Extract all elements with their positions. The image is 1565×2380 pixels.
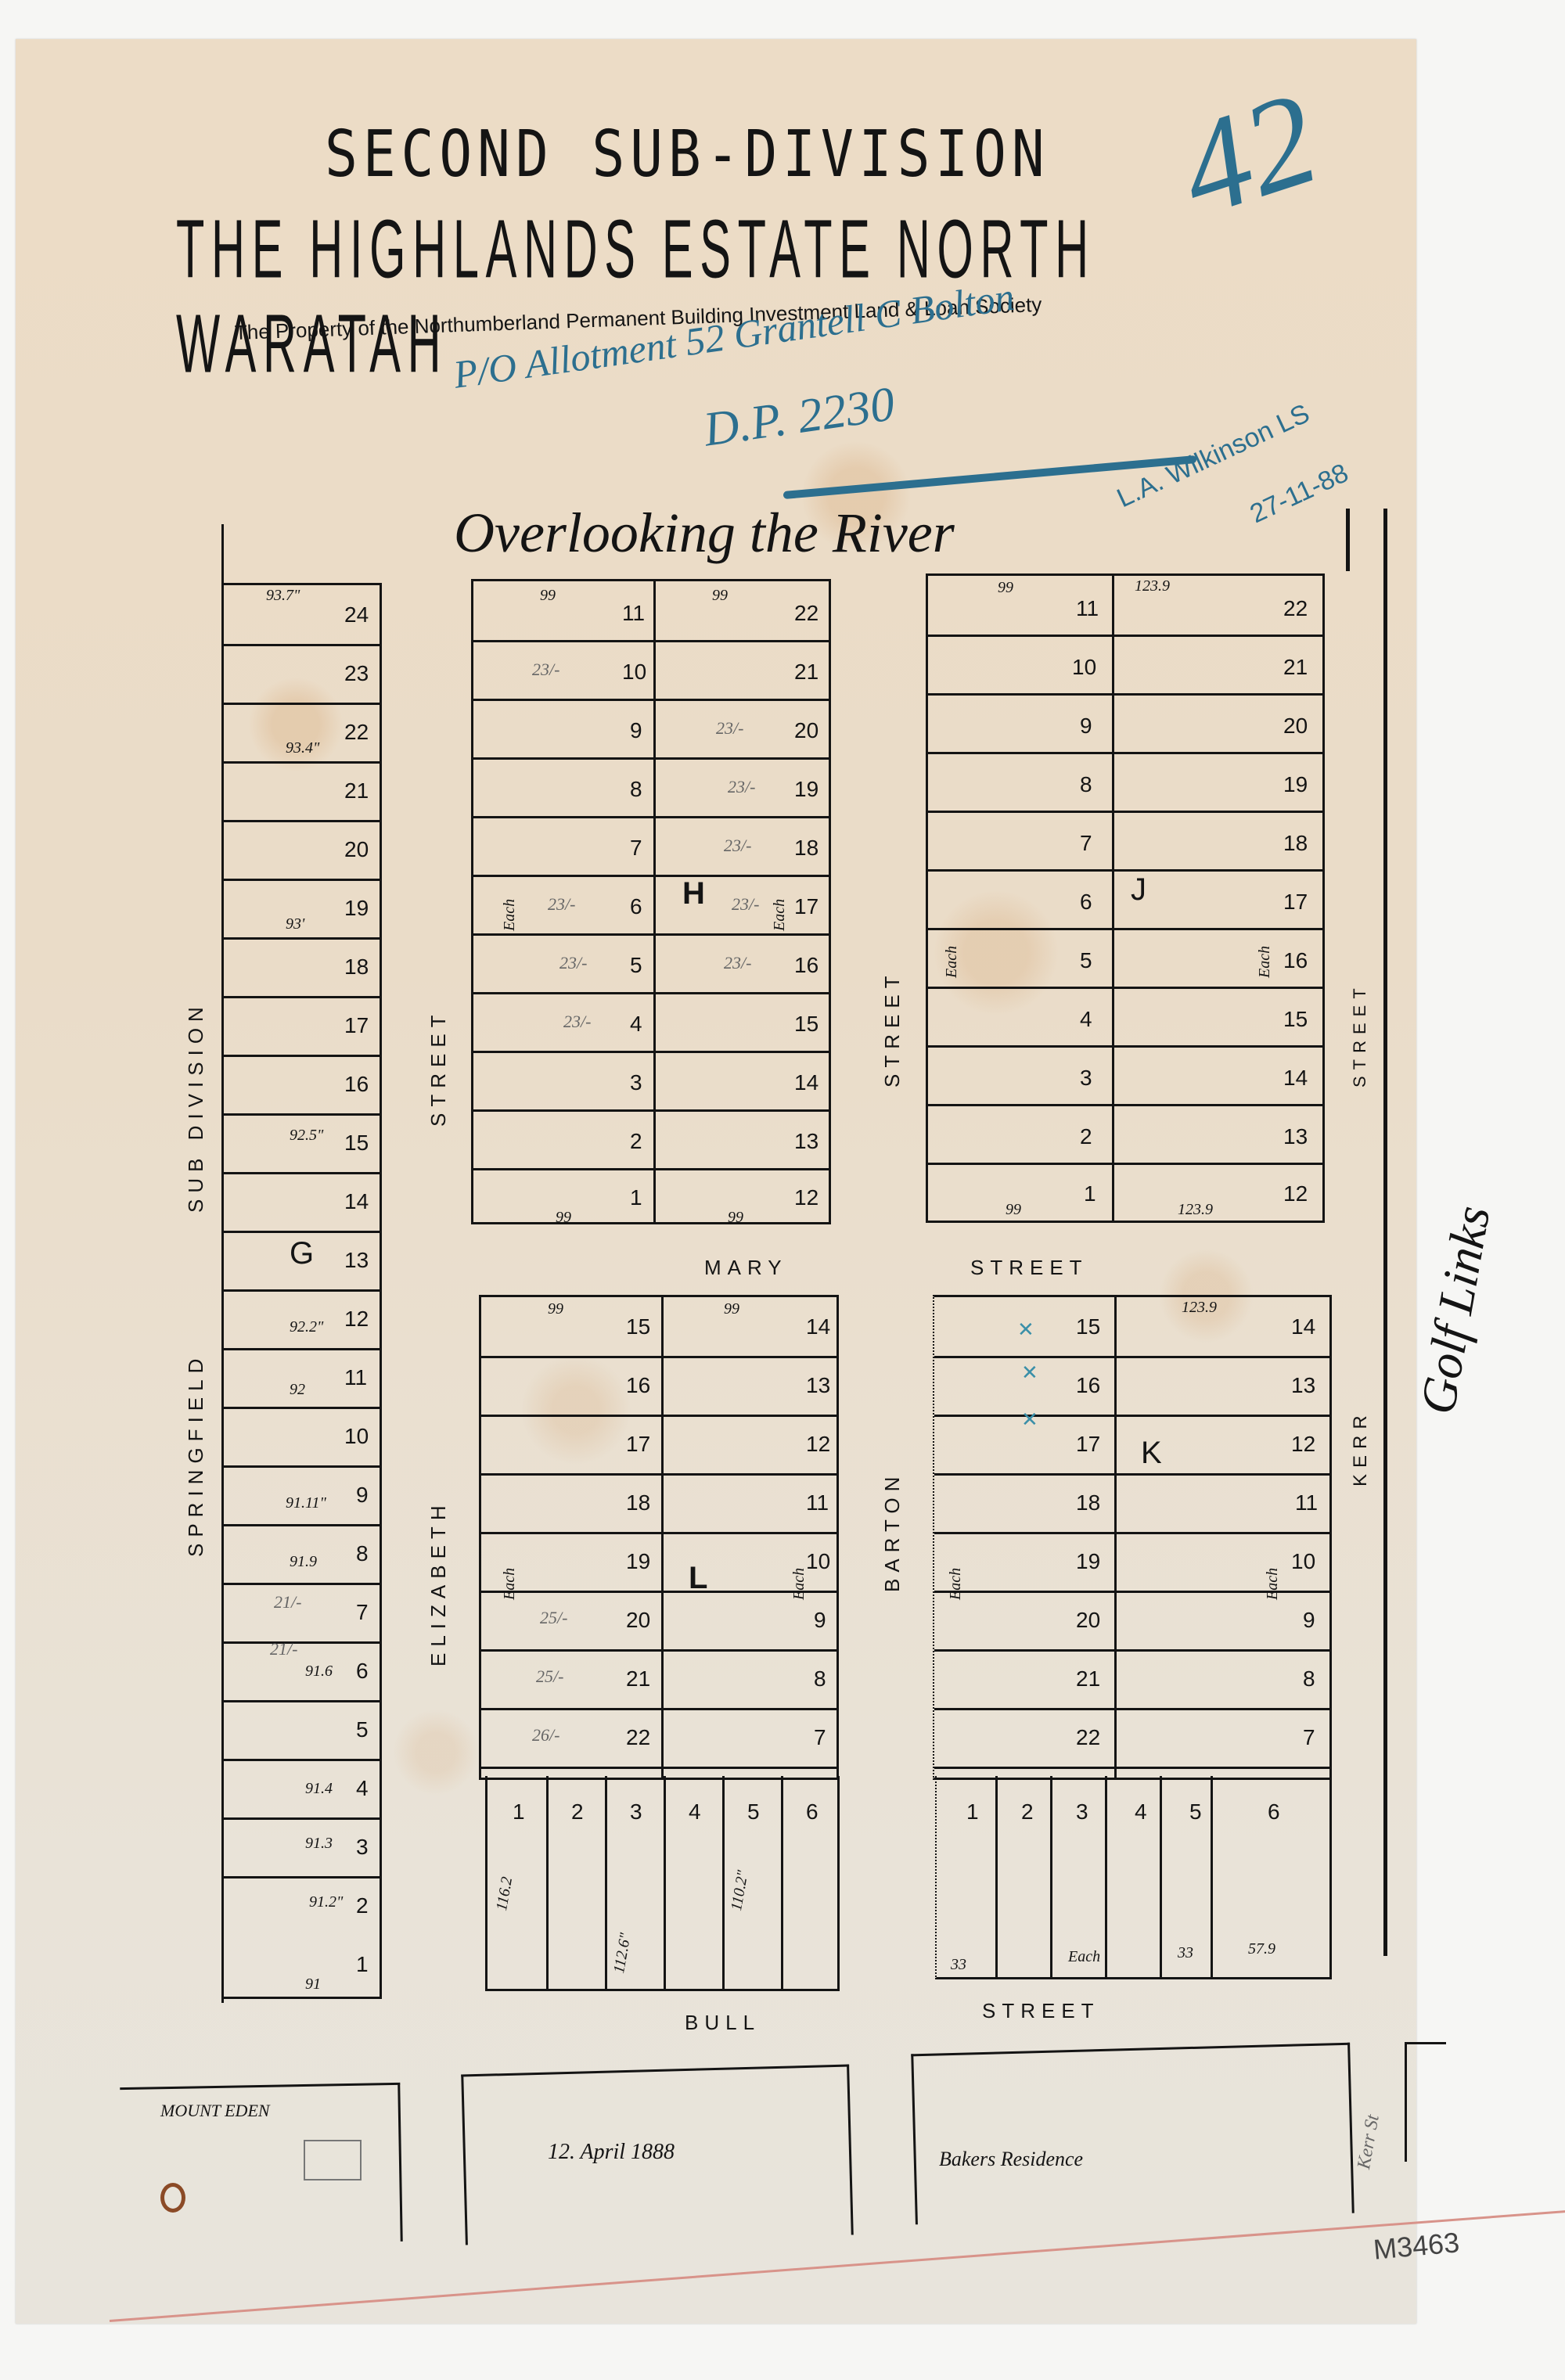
- dim-g-19: 93': [286, 915, 304, 933]
- lot-k-13[interactable]: 13: [1291, 1373, 1315, 1398]
- lot-k-7[interactable]: 7: [1303, 1725, 1315, 1750]
- price-h-19: 23/-: [728, 777, 755, 797]
- lot-h-17[interactable]: 17: [794, 894, 818, 919]
- price-h-6: 23/-: [548, 894, 575, 915]
- each-k-left: Each: [947, 1568, 965, 1600]
- lot-k-b6[interactable]: 6: [1268, 1799, 1280, 1825]
- price-h-4: 23/-: [563, 1012, 591, 1032]
- lot-k-22[interactable]: 22: [1076, 1725, 1100, 1750]
- dim-g-12: 92.2": [290, 1318, 323, 1336]
- dim-g-2: 91.2": [309, 1893, 343, 1911]
- street-springfield: SPRINGFIELD: [184, 1353, 208, 1557]
- lot-g-16[interactable]: 16: [344, 1072, 369, 1097]
- dim-g-11: 92: [290, 1381, 305, 1399]
- lot-j-4[interactable]: 4: [1080, 1007, 1092, 1032]
- lot-g-6[interactable]: 6: [356, 1659, 369, 1684]
- dim-l-top-right: 99: [724, 1300, 739, 1318]
- lot-j-19[interactable]: 19: [1283, 772, 1308, 797]
- lot-g-3[interactable]: 3: [356, 1835, 369, 1860]
- lot-l-7[interactable]: 7: [814, 1725, 826, 1750]
- lot-h-5[interactable]: 5: [630, 953, 642, 978]
- lot-l-20[interactable]: 20: [626, 1608, 650, 1633]
- lot-h-13[interactable]: 13: [794, 1129, 818, 1154]
- lot-g-21[interactable]: 21: [344, 778, 369, 804]
- street-bull: BULL: [685, 2011, 761, 2035]
- lot-g-20[interactable]: 20: [344, 837, 369, 862]
- lot-k-10[interactable]: 10: [1291, 1549, 1315, 1574]
- lot-l-b2[interactable]: 2: [571, 1799, 584, 1825]
- lot-j-2[interactable]: 2: [1080, 1124, 1092, 1149]
- blue-x-mark-15: ✕: [1017, 1318, 1034, 1342]
- lot-j-13[interactable]: 13: [1283, 1124, 1308, 1149]
- lot-g-10[interactable]: 10: [344, 1424, 369, 1449]
- dim-g-9: 91.11": [286, 1494, 326, 1512]
- lot-h-15[interactable]: 15: [794, 1012, 818, 1037]
- price-g-6: 21/-: [270, 1639, 297, 1659]
- lot-h-6[interactable]: 6: [630, 894, 642, 919]
- lot-j-6[interactable]: 6: [1080, 890, 1092, 915]
- section-k: [933, 1295, 1332, 1780]
- each-l-left: Each: [501, 1568, 519, 1600]
- price-h-5: 23/-: [559, 953, 587, 973]
- dim-k-top-right: 123.9: [1182, 1299, 1217, 1317]
- dim-k-b-33: 33: [951, 1956, 966, 1974]
- lot-h-3[interactable]: 3: [630, 1070, 642, 1095]
- lot-l-18[interactable]: 18: [626, 1490, 650, 1515]
- lot-l-16[interactable]: 16: [626, 1373, 650, 1398]
- lot-h-2[interactable]: 2: [630, 1129, 642, 1154]
- lot-j-5[interactable]: 5: [1080, 948, 1092, 973]
- lot-h-19[interactable]: 19: [794, 777, 818, 802]
- lot-j-9[interactable]: 9: [1080, 714, 1092, 739]
- lot-k-11[interactable]: 11: [1295, 1490, 1318, 1515]
- dim-g-3: 91.3: [305, 1835, 333, 1853]
- lot-j-1[interactable]: 1: [1084, 1181, 1096, 1206]
- lot-g-4[interactable]: 4: [356, 1776, 369, 1801]
- lot-g-12[interactable]: 12: [344, 1307, 369, 1332]
- lot-k-18[interactable]: 18: [1076, 1490, 1100, 1515]
- lot-g-1[interactable]: 1: [356, 1952, 369, 1977]
- price-h-20: 23/-: [716, 718, 743, 739]
- lot-l-15[interactable]: 15: [626, 1314, 650, 1339]
- small-building: [304, 2140, 362, 2180]
- kerr-street-edge: [1346, 509, 1350, 571]
- lot-h-9[interactable]: 9: [630, 718, 642, 743]
- lot-k-19[interactable]: 19: [1076, 1549, 1100, 1574]
- lot-j-22[interactable]: 22: [1283, 596, 1308, 621]
- dim-j-bottom-left: 99: [1006, 1201, 1021, 1219]
- blue-x-mark-17: ✕: [1021, 1408, 1038, 1432]
- lot-h-7[interactable]: 7: [630, 836, 642, 861]
- lot-k-15[interactable]: 15: [1076, 1314, 1100, 1339]
- dim-h-bottom-right: 99: [728, 1209, 743, 1227]
- each-h-left: Each: [501, 899, 519, 931]
- lot-j-16[interactable]: 16: [1283, 948, 1308, 973]
- price-h-10: 23/-: [532, 660, 559, 680]
- price-l-22: 26/-: [532, 1725, 559, 1745]
- dim-l-top-left: 99: [548, 1300, 563, 1318]
- dim-k-b-33b: 33: [1178, 1944, 1193, 1962]
- lot-k-12[interactable]: 12: [1291, 1432, 1315, 1457]
- price-h-17: 23/-: [732, 894, 759, 915]
- section-l: [479, 1295, 839, 1780]
- price-l-20: 25/-: [540, 1608, 567, 1628]
- lot-j-20[interactable]: 20: [1283, 714, 1308, 739]
- street-bull-street: STREET: [982, 1999, 1100, 2023]
- lot-g-13[interactable]: 13: [344, 1248, 369, 1273]
- each-h-right: Each: [771, 899, 789, 931]
- lot-g-2[interactable]: 2: [356, 1893, 369, 1918]
- lot-k-14[interactable]: 14: [1291, 1314, 1315, 1339]
- lot-h-21[interactable]: 21: [794, 660, 818, 685]
- lot-l-b5[interactable]: 5: [747, 1799, 760, 1825]
- lot-g-7[interactable]: 7: [356, 1600, 369, 1625]
- section-label-h: H: [682, 876, 705, 911]
- lot-j-11[interactable]: 11: [1076, 596, 1099, 621]
- lot-k-8[interactable]: 8: [1303, 1666, 1315, 1692]
- street-mary-street: STREET: [970, 1256, 1088, 1280]
- dim-h-top-right: 99: [712, 587, 728, 605]
- lot-h-8[interactable]: 8: [630, 777, 642, 802]
- section-l-bottom: [485, 1776, 840, 1991]
- lot-l-12[interactable]: 12: [806, 1432, 830, 1457]
- lot-j-21[interactable]: 21: [1283, 655, 1308, 680]
- lot-g-18[interactable]: 18: [344, 955, 369, 980]
- street-mary: MARY: [704, 1256, 788, 1280]
- lot-l-14[interactable]: 14: [806, 1314, 830, 1339]
- lot-h-20[interactable]: 20: [794, 718, 818, 743]
- lot-g-24[interactable]: 24: [344, 602, 369, 627]
- lot-l-11[interactable]: 11: [806, 1490, 829, 1515]
- golf-links-label: Golf Links: [1408, 1202, 1502, 1418]
- lot-l-b3[interactable]: 3: [630, 1799, 642, 1825]
- title-line-1: SECOND SUB-DIVISION: [325, 117, 1050, 192]
- kerr-street-lower: [1405, 2042, 1446, 2162]
- dim-k-b-57: 57.9: [1248, 1940, 1275, 1958]
- golf-links-boundary: [1383, 509, 1387, 1956]
- dim-g-8: 91.9: [290, 1553, 317, 1571]
- lot-l-22[interactable]: 22: [626, 1725, 650, 1750]
- each-j-right: Each: [1256, 946, 1274, 978]
- pin-hole: [160, 2183, 185, 2213]
- lot-g-23[interactable]: 23: [344, 661, 369, 686]
- mount-eden-label: MOUNT EDEN: [160, 2101, 270, 2121]
- lot-h-22[interactable]: 22: [794, 601, 818, 626]
- each-k-right: Each: [1264, 1568, 1282, 1600]
- lot-l-b1[interactable]: 1: [513, 1799, 525, 1825]
- each-l-right: Each: [790, 1568, 808, 1600]
- lot-l-b4[interactable]: 4: [689, 1799, 701, 1825]
- dim-h-top-left: 99: [540, 587, 556, 605]
- street-barton: BARTON: [880, 1471, 905, 1592]
- dim-j-bottom-right: 123.9: [1178, 1201, 1213, 1219]
- dim-h-bottom-left: 99: [556, 1209, 571, 1227]
- section-label-j: J: [1131, 872, 1146, 908]
- lot-h-12[interactable]: 12: [794, 1185, 818, 1210]
- lot-g-17[interactable]: 17: [344, 1013, 369, 1038]
- dim-j-top-left: 99: [998, 579, 1013, 597]
- lot-j-18[interactable]: 18: [1283, 831, 1308, 856]
- lot-j-14[interactable]: 14: [1283, 1066, 1308, 1091]
- lot-l-b6[interactable]: 6: [806, 1799, 818, 1825]
- dim-g-4: 91.4: [305, 1780, 333, 1798]
- lot-l-17[interactable]: 17: [626, 1432, 650, 1457]
- lot-l-19[interactable]: 19: [626, 1549, 650, 1574]
- lot-g-19[interactable]: 19: [344, 896, 369, 921]
- section-j: [926, 573, 1325, 1223]
- lot-g-22[interactable]: 22: [344, 720, 369, 745]
- lot-h-11[interactable]: 11: [622, 601, 645, 626]
- street-barton-street: STREET: [880, 969, 905, 1088]
- dim-j-top-right: 123.9: [1135, 577, 1170, 595]
- lot-l-10[interactable]: 10: [806, 1549, 830, 1574]
- dim-g-6: 91.6: [305, 1663, 333, 1681]
- april-1888-note: 12. April 1888: [548, 2140, 675, 2165]
- lot-k-b4[interactable]: 4: [1135, 1799, 1147, 1825]
- dim-g-15: 92.5": [290, 1127, 323, 1145]
- lot-h-18[interactable]: 18: [794, 836, 818, 861]
- lot-k-21[interactable]: 21: [1076, 1666, 1100, 1692]
- lot-j-3[interactable]: 3: [1080, 1066, 1092, 1091]
- lot-h-16[interactable]: 16: [794, 953, 818, 978]
- lot-k-20[interactable]: 20: [1076, 1608, 1100, 1633]
- lot-k-b3[interactable]: 3: [1076, 1799, 1088, 1825]
- lot-k-b1[interactable]: 1: [966, 1799, 979, 1825]
- lot-j-10[interactable]: 10: [1072, 655, 1096, 680]
- dim-g-1: 91: [305, 1976, 321, 1994]
- price-h-18: 23/-: [724, 836, 751, 856]
- section-label-k: K: [1141, 1436, 1162, 1471]
- lot-g-11[interactable]: 11: [344, 1365, 367, 1390]
- section-label-l: L: [689, 1561, 707, 1596]
- lot-j-17[interactable]: 17: [1283, 890, 1308, 915]
- tagline: Overlooking the River: [454, 501, 955, 566]
- section-label-g: G: [290, 1236, 314, 1271]
- catalogue-number: M3463: [1372, 2226, 1460, 2266]
- street-sub-division: SUB DIVISION: [184, 1001, 208, 1213]
- lot-k-9[interactable]: 9: [1303, 1608, 1315, 1633]
- price-g-7: 21/-: [274, 1592, 301, 1612]
- dim-g-22: 93.4": [286, 739, 319, 757]
- dim-g-top: 93.7": [266, 587, 300, 605]
- lot-l-9[interactable]: 9: [814, 1608, 826, 1633]
- lot-k-b5[interactable]: 5: [1189, 1799, 1202, 1825]
- lot-l-21[interactable]: 21: [626, 1666, 650, 1692]
- street-elizabeth: ELIZABETH: [426, 1499, 451, 1666]
- price-l-21: 25/-: [536, 1666, 563, 1687]
- lot-g-14[interactable]: 14: [344, 1189, 369, 1214]
- lot-h-4[interactable]: 4: [630, 1012, 642, 1037]
- street-elizabeth-street: STREET: [426, 1008, 451, 1127]
- lot-g-15[interactable]: 15: [344, 1131, 369, 1156]
- dim-k-b-each: Each: [1068, 1948, 1100, 1966]
- lot-j-7[interactable]: 7: [1080, 831, 1092, 856]
- lot-g-9[interactable]: 9: [356, 1483, 369, 1508]
- blue-x-mark-16: ✕: [1021, 1361, 1038, 1385]
- lot-j-15[interactable]: 15: [1283, 1007, 1308, 1032]
- lot-j-8[interactable]: 8: [1080, 772, 1092, 797]
- lot-k-16[interactable]: 16: [1076, 1373, 1100, 1398]
- lot-k-17[interactable]: 17: [1076, 1432, 1100, 1457]
- street-kerr-street: STREET: [1350, 982, 1370, 1088]
- lot-h-10[interactable]: 10: [622, 660, 646, 685]
- street-kerr: KERR: [1350, 1409, 1372, 1487]
- lot-k-b2[interactable]: 2: [1021, 1799, 1034, 1825]
- price-h-16: 23/-: [724, 953, 751, 973]
- each-j-left: Each: [943, 946, 961, 978]
- bakers-residence-lot: [911, 2043, 1355, 2225]
- lot-h-14[interactable]: 14: [794, 1070, 818, 1095]
- lot-j-12[interactable]: 12: [1283, 1181, 1308, 1206]
- lot-g-8[interactable]: 8: [356, 1541, 369, 1566]
- bakers-residence-note: Bakers Residence: [939, 2148, 1083, 2171]
- lot-g-5[interactable]: 5: [356, 1717, 369, 1742]
- lot-l-13[interactable]: 13: [806, 1373, 830, 1398]
- lot-h-1[interactable]: 1: [630, 1185, 642, 1210]
- lot-l-8[interactable]: 8: [814, 1666, 826, 1692]
